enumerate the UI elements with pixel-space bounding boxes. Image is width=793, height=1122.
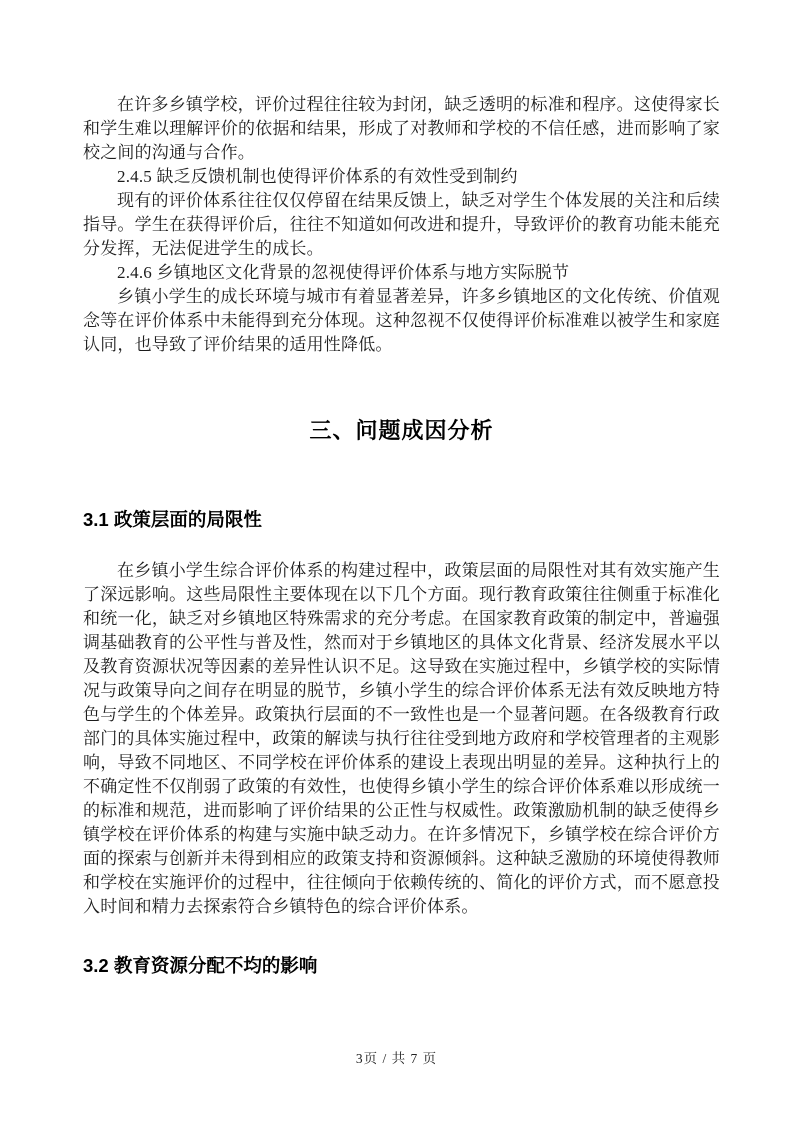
section-heading-3-1: 3.1 政策层面的局限性 (83, 507, 720, 533)
paragraph-cultural-background: 乡镇小学生的成长环境与城市有着显著差异，许多乡镇地区的文化传统、价值观念等在评价… (83, 285, 720, 357)
paragraph-feedback-mechanism: 现有的评价体系往往仅仅停留在结果反馈上，缺乏对学生个体发展的关注和后续指导。学生… (83, 189, 720, 261)
paragraph-policy-limitations: 在乡镇小学生综合评价体系的构建过程中，政策层面的局限性对其有效实施产生了深远影响… (83, 559, 720, 919)
paragraph-evaluation-transparency: 在许多乡镇学校，评价过程往往较为封闭，缺乏透明的标准和程序。这使得家长和学生难以… (83, 93, 720, 165)
chapter-heading-cause-analysis: 三、问题成因分析 (83, 415, 720, 447)
page-number-footer: 3页 / 共 7 页 (0, 1050, 793, 1067)
sub-heading-2-4-5: 2.4.5 缺乏反馈机制也使得评价体系的有效性受到制约 (83, 165, 720, 189)
document-page: 在许多乡镇学校，评价过程往往较为封闭，缺乏透明的标准和程序。这使得家长和学生难以… (0, 0, 793, 1122)
sub-heading-2-4-6: 2.4.6 乡镇地区文化背景的忽视使得评价体系与地方实际脱节 (83, 261, 720, 285)
section-heading-3-2: 3.2 教育资源分配不均的影响 (83, 953, 720, 979)
